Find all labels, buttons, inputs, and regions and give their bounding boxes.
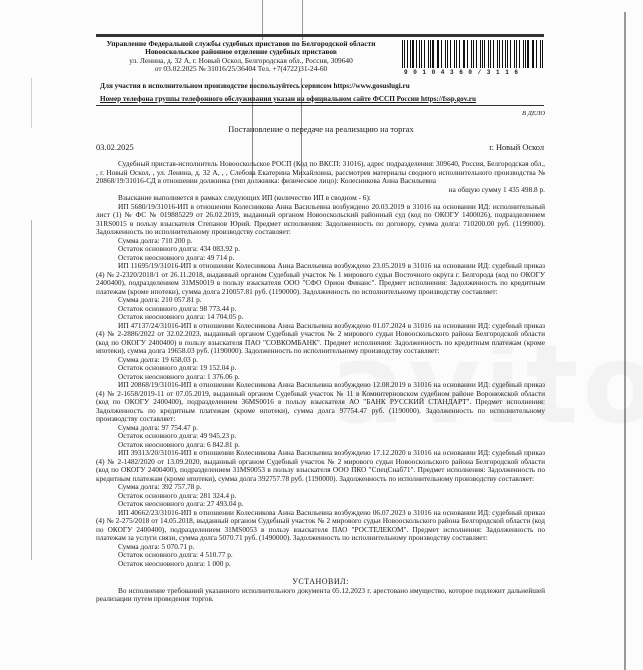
proceeding-item: ИП 47137/24/31016-ИП в отношении Колесни…: [96, 322, 545, 382]
document-page: avito Управление Федеральной службы суде…: [0, 0, 643, 670]
proceeding-item: ИП 11695/19/31016-ИП в отношении Колесни…: [96, 262, 545, 322]
proceeding-text: ИП 11695/19/31016-ИП в отношении Колесни…: [96, 262, 545, 296]
v-delo-stamp: В ДЕЛО: [522, 110, 545, 117]
org-reference: от 03.02.2025 № 31016/25/36404 Тел. +7(4…: [96, 65, 386, 73]
header-rule-bottom: [96, 105, 544, 106]
document-city: г. Новый Оскол: [489, 143, 544, 152]
proceeding-item: ИП 20868/19/31016-ИП в отношении Колесни…: [96, 381, 545, 449]
scan-edge-line-left-top: [31, 78, 32, 128]
proceeding-text: ИП 40662/23/31016-ИП в отношении Колесни…: [96, 509, 545, 543]
header-rule: [96, 34, 544, 37]
closing-paragraph: Во исполнение требований указанного испо…: [96, 587, 545, 604]
document-body: Судебный пристав-исполнитель Новооскольс…: [96, 160, 545, 604]
organization-block: Управление Федеральной службы судебных п…: [96, 40, 386, 73]
intro-paragraph: Судебный пристав-исполнитель Новооскольс…: [96, 160, 545, 186]
proceeding-text: ИП 39313/20/31016-ИП в отношении Колесни…: [96, 449, 545, 483]
barcode: [402, 40, 544, 68]
scan-edge-line-left: [31, 220, 32, 560]
scan-edge-line: [624, 12, 626, 670]
document-date: 03.02.2025: [96, 143, 134, 152]
proceeding-text: ИП 20868/19/31016-ИП в отношении Колесни…: [96, 381, 545, 424]
proceeding-item: ИП 40662/23/31016-ИП в отношении Колесни…: [96, 509, 545, 569]
proceedings-list: ИП 5680/19/31016-ИП в отношении Колесник…: [96, 203, 545, 569]
proceeding-text: ИП 47137/24/31016-ИП в отношении Колесни…: [96, 322, 545, 356]
proceeding-text: ИП 5680/19/31016-ИП в отношении Колесник…: [96, 203, 545, 237]
proceeding-item: ИП 5680/19/31016-ИП в отношении Колесник…: [96, 203, 545, 263]
gosuslugi-notice: Для участия в исполнительном производств…: [100, 82, 410, 90]
document-title: Постановление о передаче на реализацию н…: [96, 125, 546, 134]
phone-notice: Номер телефона группы телефонного обслуж…: [100, 95, 476, 103]
barcode-number: 90104360/3116: [404, 69, 544, 76]
extra-debt-rest: Остаток неосновного долга: 1 000 р.: [96, 560, 545, 569]
proceeding-item: ИП 39313/20/31016-ИП в отношении Колесни…: [96, 449, 545, 509]
